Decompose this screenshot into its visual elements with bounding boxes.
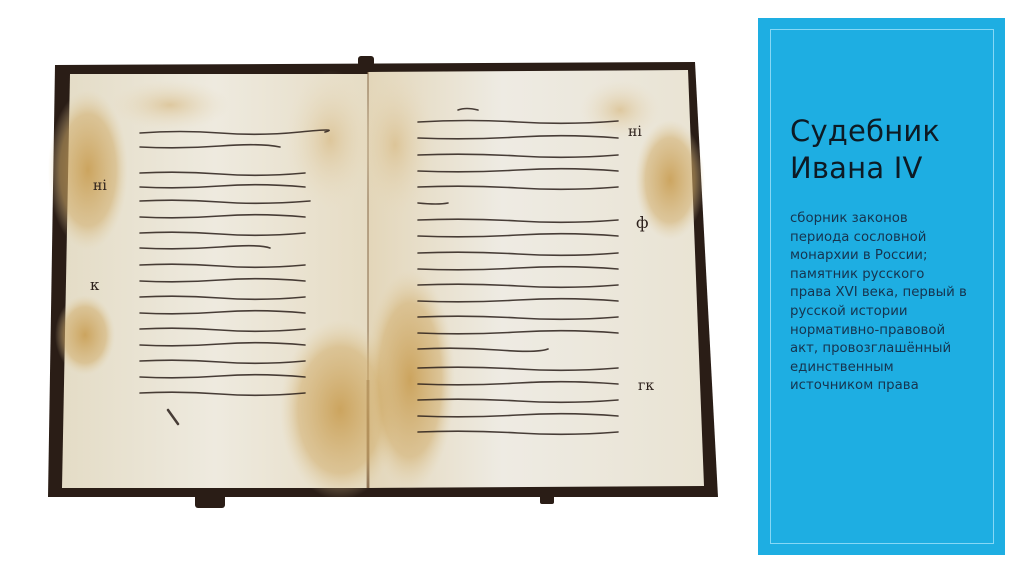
body-line: источником права bbox=[790, 377, 996, 396]
body-line: периода сословной bbox=[790, 229, 996, 248]
title-line: Ивана IV bbox=[790, 150, 990, 187]
margin-mark: ні bbox=[628, 124, 642, 140]
manuscript-photo: ні к bbox=[40, 50, 730, 520]
body-line: монархии в России; bbox=[790, 247, 996, 266]
body-line: права XVI века, первый в bbox=[790, 284, 996, 303]
slide-description: сборник законов периода сословной монарх… bbox=[790, 210, 996, 396]
slide-title: Судебник Ивана IV bbox=[790, 113, 990, 187]
info-panel: Судебник Ивана IV сборник законов период… bbox=[758, 18, 1005, 555]
body-line: русской истории bbox=[790, 303, 996, 322]
slide: ні к bbox=[0, 0, 1024, 574]
title-line: Судебник bbox=[790, 113, 990, 150]
margin-mark: к bbox=[90, 276, 100, 294]
body-line: единственным bbox=[790, 359, 996, 378]
body-line: памятник русского bbox=[790, 266, 996, 285]
margin-mark: гк bbox=[638, 378, 654, 394]
body-line: акт, провозглашённый bbox=[790, 340, 996, 359]
body-line: нормативно-правовой bbox=[790, 322, 996, 341]
body-line: сборник законов bbox=[790, 210, 996, 229]
margin-mark: ні bbox=[93, 178, 107, 194]
margin-mark: ф bbox=[636, 213, 649, 232]
